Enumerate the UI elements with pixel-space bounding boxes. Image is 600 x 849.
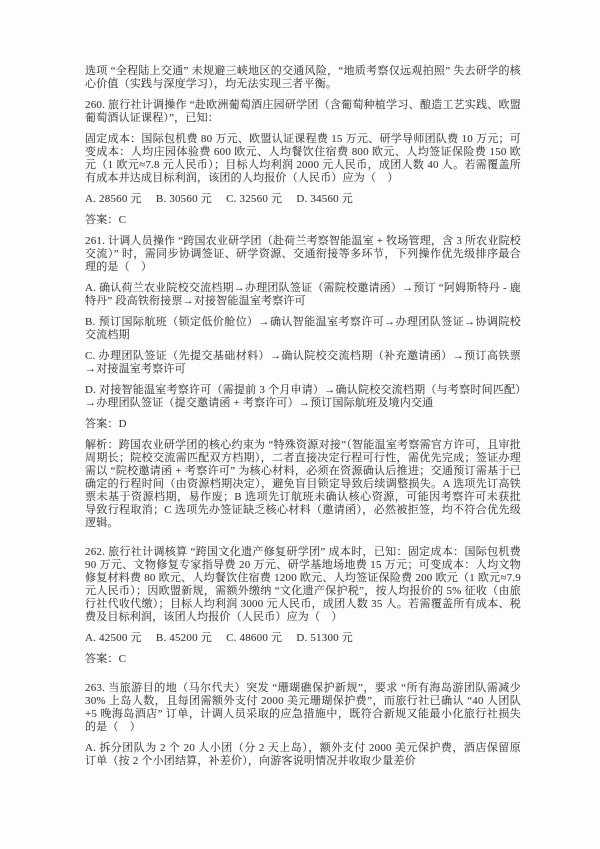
question-263-stem: 263. 当旅游目的地（马尔代夫）突发 “珊瑚礁保护新规”，要求 “所有海岛游团… bbox=[85, 682, 521, 734]
question-261-answer: 答案：D bbox=[85, 418, 521, 431]
question-260-answer: 答案：C bbox=[85, 214, 521, 227]
question-260-details: 固定成本：国际包机费 80 万元、欧盟认证课程费 15 万元、研学导师团队费 1… bbox=[85, 133, 521, 185]
question-260-options: A. 28560 元 B. 30560 元 C. 32560 元 D. 3456… bbox=[85, 193, 521, 206]
question-260-stem: 260. 旅行社计调操作 “赴欧洲葡萄酒庄园研学团（含葡萄种植学习、酿造工艺实践… bbox=[85, 99, 521, 125]
question-261-analysis: 解析：跨国农业研学团的核心约束为 “特殊资源对接”（智能温室考察需官方许可，且审… bbox=[85, 439, 521, 530]
document-content: 选项 “全程陆上交通” 未规避三峡地区的交通风险，“地质考察仅远观拍照” 失去研… bbox=[85, 65, 521, 776]
question-263-option-a: A. 拆分团队为 2 个 20 人小团（分 2 天上岛），额外支付 2000 美… bbox=[85, 742, 521, 768]
intro-analysis-text: 选项 “全程陆上交通” 未规避三峡地区的交通风险，“地质考察仅远观拍照” 失去研… bbox=[85, 65, 521, 91]
question-261-option-a: A. 确认荷兰农业院校交流档期→办理团队签证（需院校邀请函）→预订 “阿姆斯特丹… bbox=[85, 282, 521, 308]
question-262-stem: 262. 旅行社计调核算 “跨国文化遗产修复研学团” 成本时，已知：固定成本：国… bbox=[85, 546, 521, 624]
question-262-answer: 答案：C bbox=[85, 653, 521, 666]
question-261-stem: 261. 计调人员操作 “跨国农业研学团（赴荷兰考察智能温室 + 牧场管理，含 … bbox=[85, 235, 521, 274]
question-261-option-b: B. 预订国际航班（锁定低价舱位）→确认智能温室考察许可→办理团队签证→协调院校… bbox=[85, 316, 521, 342]
question-262-options: A. 42500 元 B. 45200 元 C. 48600 元 D. 5130… bbox=[85, 632, 521, 645]
question-261-option-d: D. 对接智能温室考察许可（需提前 3 个月申请）→确认院校交流档期（与考察时间… bbox=[85, 384, 521, 410]
question-261-option-c: C. 办理团队签证（先提交基础材料）→确认院校交流档期（补充邀请函）→预订高铁票… bbox=[85, 350, 521, 376]
document-page: 选项 “全程陆上交通” 未规避三峡地区的交通风险，“地质考察仅远观拍照” 失去研… bbox=[0, 0, 600, 849]
